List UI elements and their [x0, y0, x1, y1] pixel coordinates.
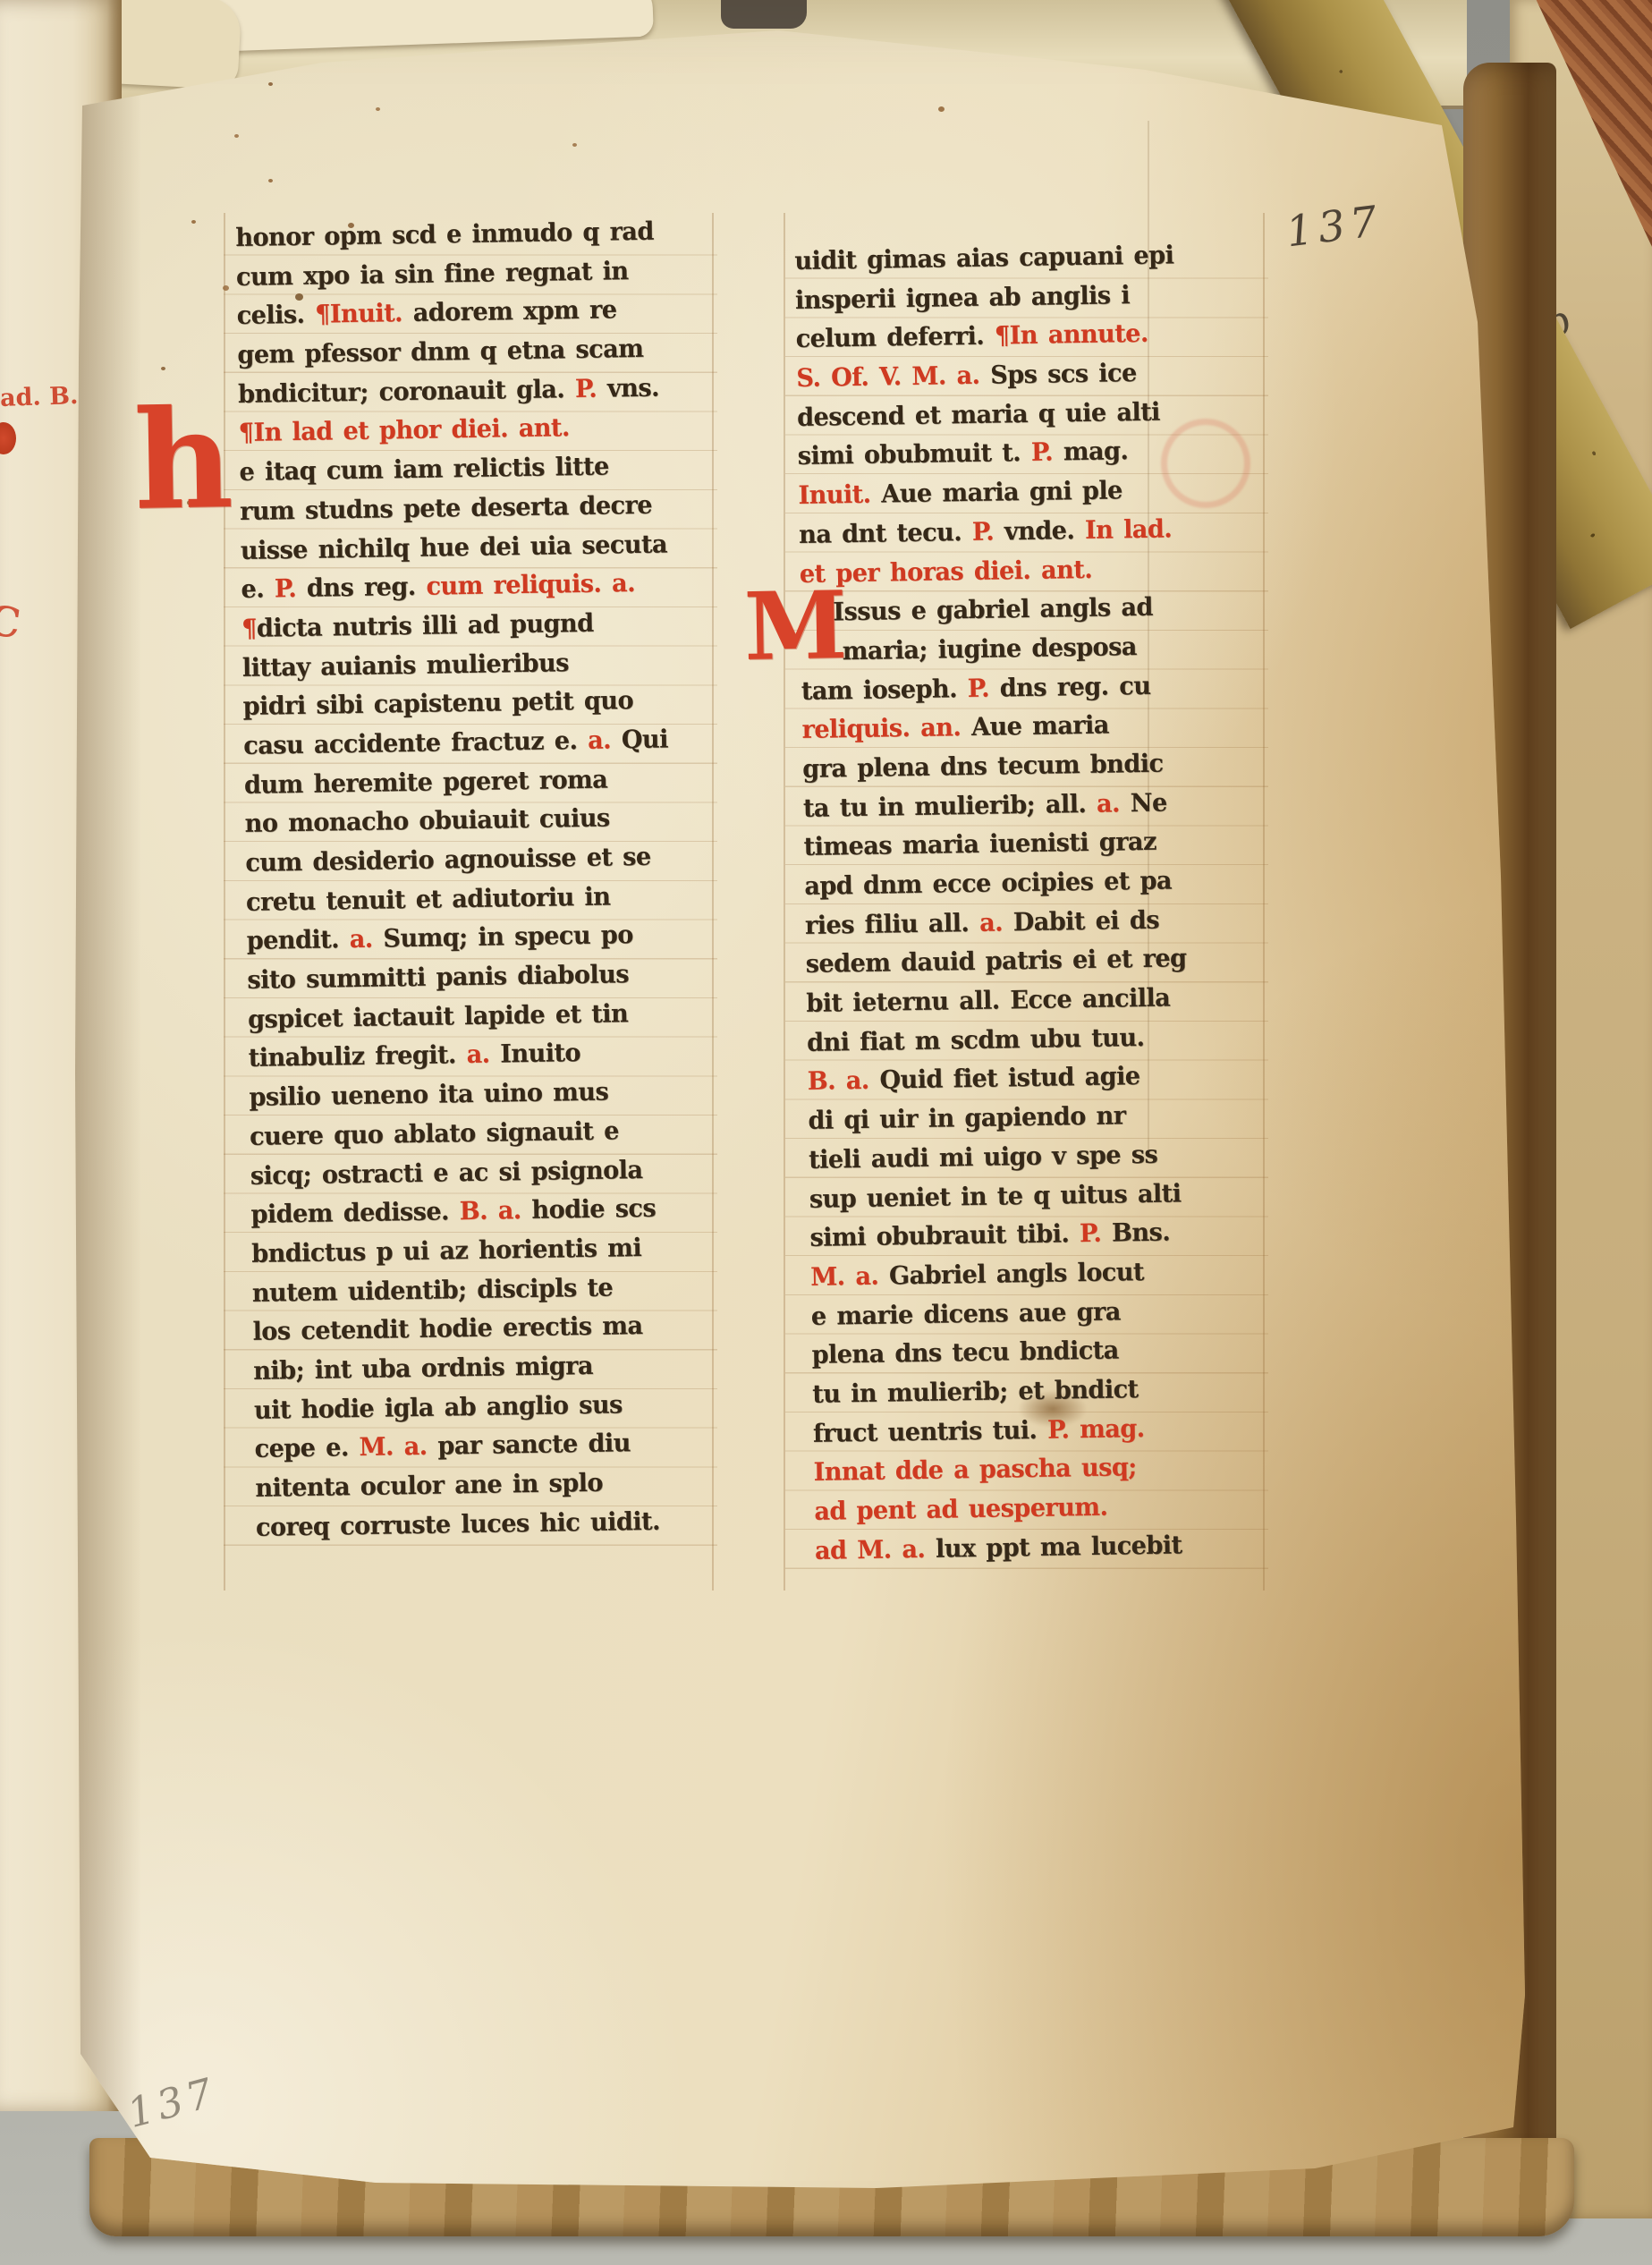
text-line: coreq corruste luces hic uidit.	[256, 1500, 724, 1547]
body-text: gra plena dns tecum bndic	[802, 749, 1164, 784]
rubric-text: ¶In lad et phor diei. ant.	[239, 413, 571, 448]
body-text: dns reg.	[307, 572, 427, 603]
body-text: vns.	[607, 372, 659, 403]
rubric-text: cum reliquis. a.	[426, 568, 635, 601]
body-text: bndictus p ui az horientis mi	[251, 1233, 641, 1268]
body-text: sup ueniet in te q uitus alti	[809, 1178, 1182, 1214]
rubric-text: P.	[967, 673, 1000, 703]
rubric-text: et per horas diei. ant.	[800, 554, 1093, 588]
body-text: di qi uir in gapiendo nr	[808, 1100, 1125, 1135]
rubric-text: a.	[588, 725, 622, 755]
body-text: coreq corruste luces hic uidit.	[256, 1506, 660, 1541]
body-text: Bns.	[1112, 1217, 1171, 1248]
body-text: tieli audi mi uigo v spe ss	[809, 1140, 1158, 1175]
body-text: sicq; ostracti e ac si psignola	[250, 1154, 643, 1190]
rubric-text: reliquis. an.	[801, 712, 971, 744]
rubric-text: ¶Inuit.	[315, 298, 413, 329]
body-text: Qui	[622, 724, 668, 754]
rubric-text: P.	[1080, 1218, 1113, 1249]
body-text: dicta nutris illi ad pugnd	[257, 608, 594, 643]
rubric-text: P. mag.	[1047, 1413, 1145, 1445]
body-text: maria; iugine desposa	[842, 632, 1137, 666]
body-text: fruct uentris tui.	[813, 1414, 1048, 1447]
red-ink-blob	[0, 422, 16, 454]
body-text: dni fiat m scdm ubu tuu.	[807, 1022, 1145, 1057]
body-text: Sumq; in specu po	[383, 920, 633, 953]
text-line: ad M. a. lux ppt ma lucebit	[815, 1523, 1275, 1570]
body-text: nitenta oculor ane in splo	[255, 1468, 603, 1503]
rubric-text: Inuit.	[798, 479, 881, 510]
body-text: simi obubrauit tibi.	[809, 1218, 1080, 1252]
rubric-text: ¶	[241, 614, 257, 643]
body-text: Quid fiet istud agie	[879, 1061, 1140, 1095]
body-text: cuere quo ablato signauit e	[250, 1116, 619, 1150]
body-text: vnde.	[1004, 515, 1086, 546]
rubric-text: ¶In annute.	[995, 318, 1148, 351]
body-text: cum desiderio agnouisse et se	[245, 842, 651, 878]
body-text: bit ieternu all. Ecce ancilla	[806, 983, 1170, 1018]
body-text: psilio ueneno ita uino mus	[249, 1077, 608, 1112]
rubric-text: a.	[349, 924, 383, 954]
rubric-text: In lad.	[1085, 513, 1173, 545]
body-text: ries filiu all.	[805, 908, 980, 940]
body-text: cepe e.	[254, 1432, 359, 1463]
body-text: Aue maria	[971, 710, 1109, 742]
body-text: casu accidente fractuz e.	[243, 725, 588, 760]
body-text: nib; int uba ordnis migra	[253, 1351, 593, 1386]
body-text: nutem uidentib; discipls te	[252, 1272, 614, 1307]
rubric-text: a.	[979, 907, 1013, 937]
red-initial-fragment: C	[0, 596, 23, 649]
body-text: par sancte diu	[437, 1429, 631, 1461]
rubric-text: B. a.	[807, 1065, 879, 1096]
body-text: Gabriel angls locut	[889, 1257, 1144, 1290]
body-text: lux ppt ma lucebit	[936, 1530, 1182, 1563]
rubric-text: a.	[1097, 788, 1131, 819]
body-text: Sps scs ice	[990, 358, 1137, 390]
column-rule	[784, 213, 785, 1591]
folio-number-ink: 137	[1283, 197, 1385, 258]
body-text: na dnt tecu.	[799, 517, 972, 549]
body-text: e.	[241, 574, 275, 605]
body-text: plena dns tecu bndicta	[811, 1336, 1119, 1370]
body-text: sedem dauid patris ei et reg	[805, 944, 1186, 980]
rubric-text: a.	[466, 1039, 500, 1070]
body-text: Inuito	[500, 1038, 580, 1068]
body-text: pidri sibi capistenu petit quo	[242, 685, 633, 721]
rubric-text: M. a.	[359, 1431, 437, 1462]
body-text: uidit gimas aias capuani epi	[794, 240, 1173, 276]
body-text: e marie dicens aue gra	[811, 1296, 1121, 1330]
rubric-text: M. a.	[810, 1260, 889, 1291]
body-text: rum studns pete deserta decre	[240, 490, 652, 526]
body-text: gspicet iactauit lapide et tin	[248, 998, 629, 1034]
body-text: no monacho obuiauit cuius	[244, 803, 610, 838]
body-text: uisse nichilq hue dei uia secuta	[241, 529, 668, 564]
body-text: hodie scs	[531, 1193, 656, 1225]
manuscript-page: h M honor opm scd e inmudo q radcum xpo …	[0, 0, 1652, 2265]
rubric-text: B. a.	[459, 1195, 531, 1226]
body-text: littay auianis mulieribus	[242, 648, 569, 683]
body-text: tu in mulierib; et bndict	[812, 1374, 1139, 1409]
body-text: simi obubmuit t.	[798, 437, 1032, 471]
body-text: honor opm scd e inmudo q rad	[235, 216, 654, 252]
body-text: Issus e gabriel angls ad	[833, 592, 1153, 627]
body-text: Aue maria gni ple	[881, 475, 1123, 508]
body-text: cum xpo ia sin fine regnat in	[236, 256, 629, 292]
body-text: uit hodie igla ab anglio sus	[254, 1389, 623, 1424]
body-text: descend et maria q uie alti	[797, 396, 1160, 431]
body-text: Ne	[1130, 787, 1166, 818]
body-text: mag.	[1063, 437, 1129, 467]
rubric-text: Innat dde a pascha usq;	[813, 1452, 1137, 1487]
body-text: adorem xpm re	[412, 295, 616, 328]
gutter-shadow	[75, 89, 141, 2147]
body-text: e itaq cum iam relictis litte	[239, 452, 609, 487]
rubric-text: ad M. a.	[815, 1533, 936, 1565]
body-text: gem pfessor dnm q etna scam	[237, 334, 643, 369]
rubric-text: P.	[275, 573, 308, 604]
rubric-text: P.	[575, 373, 608, 403]
body-text: ta tu in mulierib; all.	[803, 788, 1097, 822]
rubric-text: P.	[972, 516, 1005, 547]
body-text: dum heremite pgeret roma	[244, 764, 608, 799]
rubric-text: P.	[1031, 437, 1064, 468]
rubric-text: S. Of. V. M. a.	[796, 361, 990, 393]
body-text: timeas maria iuenisti graz	[803, 827, 1156, 861]
body-text: pendit.	[246, 924, 350, 955]
body-text: cretu tenuit et adiutoriu in	[246, 881, 611, 916]
body-text: sito summitti panis diabolus	[247, 959, 629, 995]
body-text: celum deferri.	[795, 321, 995, 353]
body-text: insperii ignea ab anglis i	[795, 280, 1130, 315]
body-text: apd dnm ecce ocipies et pa	[804, 865, 1172, 900]
body-text: pidem dedisse.	[250, 1196, 460, 1229]
text-column-left: honor opm scd e inmudo q radcum xpo ia s…	[235, 211, 739, 1548]
body-text: tam ioseph.	[801, 674, 968, 706]
manuscript-photo: cb ad. B. a C h M honor opm scd e inmudo…	[0, 0, 1652, 2265]
body-text: bndicitur; coronauit gla.	[238, 374, 575, 409]
body-text: los cetendit hodie erectis ma	[252, 1311, 642, 1346]
body-text: dns reg. cu	[999, 670, 1150, 702]
body-text: tinabuliz fregit.	[248, 1039, 466, 1073]
body-text: Dabit ei ds	[1012, 904, 1159, 937]
body-text: celis.	[236, 300, 315, 330]
binding-gap-shadow	[721, 0, 807, 29]
decorated-initial-h: h	[133, 391, 234, 529]
rubric-text: ad pent ad uesperum.	[814, 1492, 1108, 1526]
text-column-right: uidit gimas aias capuani epiinsperii ign…	[794, 234, 1289, 1571]
